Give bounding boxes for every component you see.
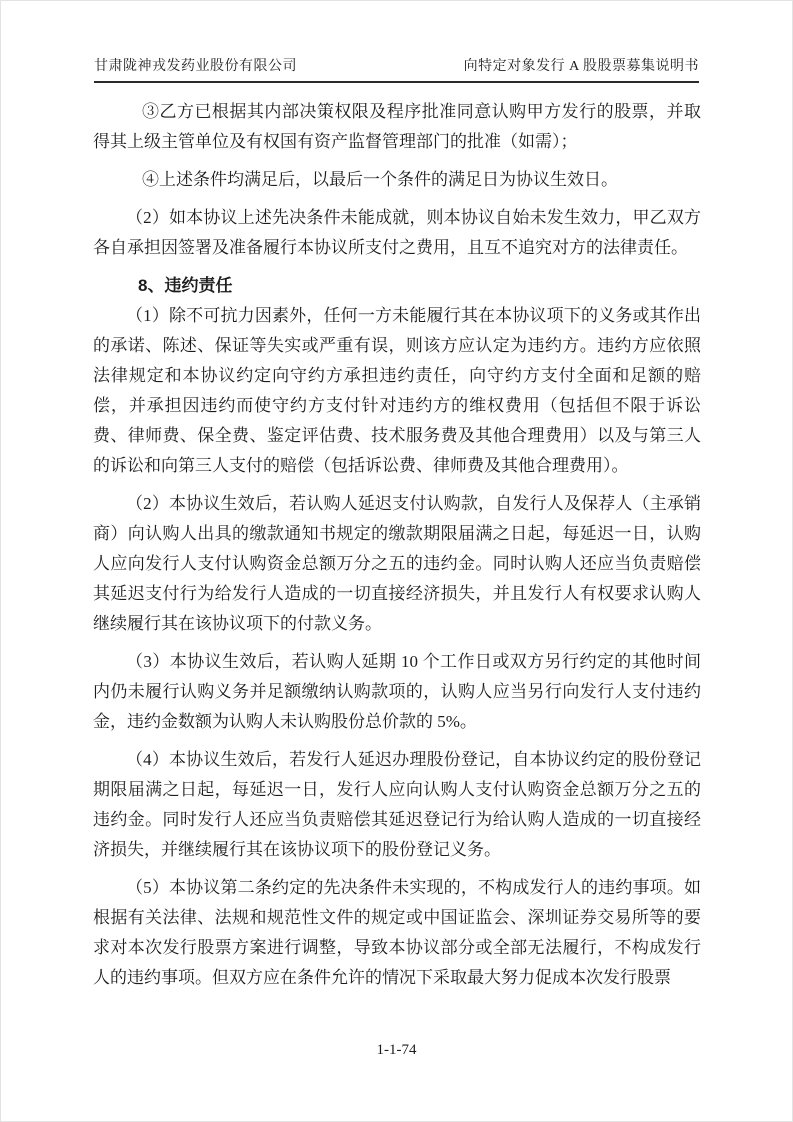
body-paragraph: （2）如本协议上述先决条件未能成就，则本协议自始未发生效力，甲乙双方各自承担因签… [93, 203, 701, 263]
body-paragraph: ③乙方已根据其内部决策权限及程序批准同意认购甲方发行的股票，并取得其上级主管单位… [93, 97, 701, 157]
body-paragraph: （2）本协议生效后，若认购人延迟支付认购款，自发行人及保荐人（主承销商）向认购人… [93, 489, 701, 639]
page-footer: 1-1-74 [1, 1042, 792, 1059]
page-number: 1-1-74 [377, 1042, 417, 1058]
header-document-title: 向特定对象发行 A 股股票募集说明书 [464, 55, 699, 75]
document-page: 甘肃陇神戎发药业股份有限公司 向特定对象发行 A 股股票募集说明书 ③乙方已根据… [0, 0, 793, 1122]
body-paragraph: （5）本协议第二条约定的先决条件未实现的，不构成发行人的违约事项。如根据有关法律… [93, 873, 701, 993]
body-paragraph: ④上述条件均满足后，以最后一个条件的满足日为协议生效日。 [93, 165, 701, 195]
header-company-name: 甘肃陇神戎发药业股份有限公司 [94, 55, 297, 75]
body-paragraph: （4）本协议生效后，若发行人延迟办理股份登记，自本协议约定的股份登记期限届满之日… [93, 745, 701, 865]
body-paragraph: （3）本协议生效后，若认购人延期 10 个工作日或双方另行约定的其他时间内仍未履… [93, 647, 701, 737]
section-heading: 8、违约责任 [93, 271, 701, 301]
page-header: 甘肃陇神戎发药业股份有限公司 向特定对象发行 A 股股票募集说明书 [94, 55, 699, 83]
body-paragraph: （1）除不可抗力因素外，任何一方未能履行其在本协议项下的义务或其作出的承诺、陈述… [93, 301, 701, 481]
document-body: ③乙方已根据其内部决策权限及程序批准同意认购甲方发行的股票，并取得其上级主管单位… [93, 97, 701, 1001]
